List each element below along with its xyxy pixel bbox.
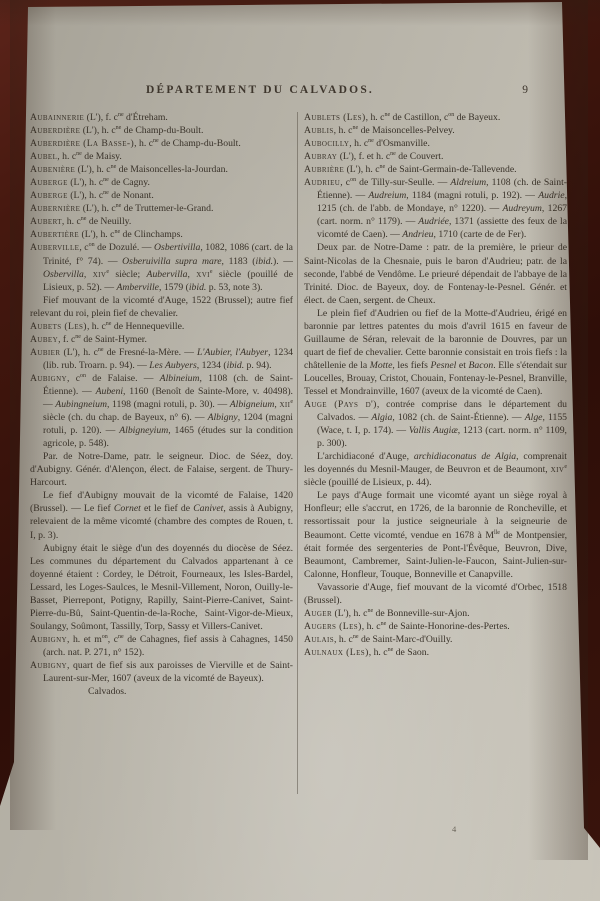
page-number: 9 [522,84,528,96]
dictionary-paragraph: Aubets (Les), h. cne de Hennequeville. [30,320,293,333]
dictionary-paragraph: Deux par. de Notre-Dame : patr. de la pr… [304,241,567,306]
dictionary-paragraph: Augers (Les), h. cne de Sainte-Honorine-… [304,620,567,633]
dictionary-paragraph: Aubigny, quart de fief sis aux paroisses… [30,659,293,685]
dictionary-paragraph: Aubier (L'), h. cne de Fresné-la-Mère. —… [30,346,293,372]
dictionary-paragraph: Le fief d'Aubigny mouvait de la vicomté … [30,489,293,541]
dictionary-paragraph: Aubrière (L'), h. cne de Saint-Germain-d… [304,163,567,176]
dictionary-paragraph: Audrieu, con de Tilly-sur-Seulle. — Aldr… [304,176,567,241]
dictionary-paragraph: Fief mouvant de la vicomté d'Auge, 1522 … [30,294,293,320]
dictionary-paragraph: Aublets (Les), h. cne de Castillon, con … [304,111,567,124]
right-column: Aublets (Les), h. cne de Castillon, con … [304,111,567,807]
book-page: DÉPARTEMENT DU CALVADOS. 9 Aubainnerie (… [0,0,600,901]
scanned-book-photo: { "page": { "header_title": "DÉPARTEMENT… [0,0,600,901]
dictionary-paragraph: Aubert, h. cne de Neuilly. [30,215,293,228]
dictionary-paragraph: Aubel, h. cne de Maisy. [30,150,293,163]
dictionary-paragraph: Par. de Notre-Dame, patr. le seigneur. D… [30,450,293,489]
dictionary-paragraph: Aubainnerie (L'), f. cne d'Étreham. [30,111,293,124]
dictionary-paragraph: Aubigny, h. et mon, cne de Cahagnes, fie… [30,633,293,659]
dictionary-paragraph: L'archidiaconé d'Auge, archidiaconatus d… [304,450,567,489]
dictionary-paragraph: Aubray (L'), f. et h. cne de Couvert. [304,150,567,163]
dictionary-paragraph: Auberville, con de Dozulé. — Osbertivill… [30,241,293,293]
dictionary-paragraph: Auberge (L'), h. cne de Nonant. [30,189,293,202]
signature-mark: 4 [452,824,456,834]
dictionary-paragraph: Aubocilly, h. cne d'Osmanville. [304,137,567,150]
dictionary-paragraph: Aubenière (L'), h. cne de Maisoncelles-l… [30,163,293,176]
running-title: DÉPARTEMENT DU CALVADOS. [30,84,490,96]
column-divider-rule [297,112,298,794]
dictionary-paragraph: Le pays d'Auge formait une vicomté ayant… [304,489,567,580]
dictionary-paragraph: Auger (L'), h. cne de Bonneville-sur-Ajo… [304,607,567,620]
dictionary-paragraph: Auberdière (L'), h. cne de Champ-du-Boul… [30,124,293,137]
dictionary-paragraph: Auberdière (La Basse-), h. cne de Champ-… [30,137,293,150]
dictionary-paragraph: Auberge (L'), h. cne de Cagny. [30,176,293,189]
dictionary-paragraph: Auge (Pays d'), contrée comprise dans le… [304,398,567,450]
dictionary-paragraph: Aubigny, con de Falaise. — Albineium, 11… [30,372,293,450]
dictionary-paragraph: Aubertière (L'), h. cne de Clinchamps. [30,228,293,241]
page-header: DÉPARTEMENT DU CALVADOS. 9 [30,84,570,104]
dictionary-paragraph: Aubey, f. cne de Saint-Hymer. [30,333,293,346]
dictionary-paragraph: Vavassorie d'Auge, fief mouvant de la vi… [304,581,567,607]
dictionary-paragraph: Aubigny était le siège d'un des doyennés… [30,542,293,633]
left-column: Aubainnerie (L'), f. cne d'Étreham.Auber… [30,111,293,807]
dictionary-paragraph: Aubernière (L'), h. cne de Truttemer-le-… [30,202,293,215]
dictionary-paragraph: Aulais, h. cne de Saint-Marc-d'Ouilly. [304,633,567,646]
dictionary-paragraph: Aublis, h. cne de Maisoncelles-Pelvey. [304,124,567,137]
dictionary-paragraph: Le plein fief d'Audrien ou fief de la Mo… [304,307,567,398]
catchword: Calvados. [88,685,293,698]
dictionary-paragraph: Aulnaux (Les), h. cne de Saon. [304,646,567,659]
